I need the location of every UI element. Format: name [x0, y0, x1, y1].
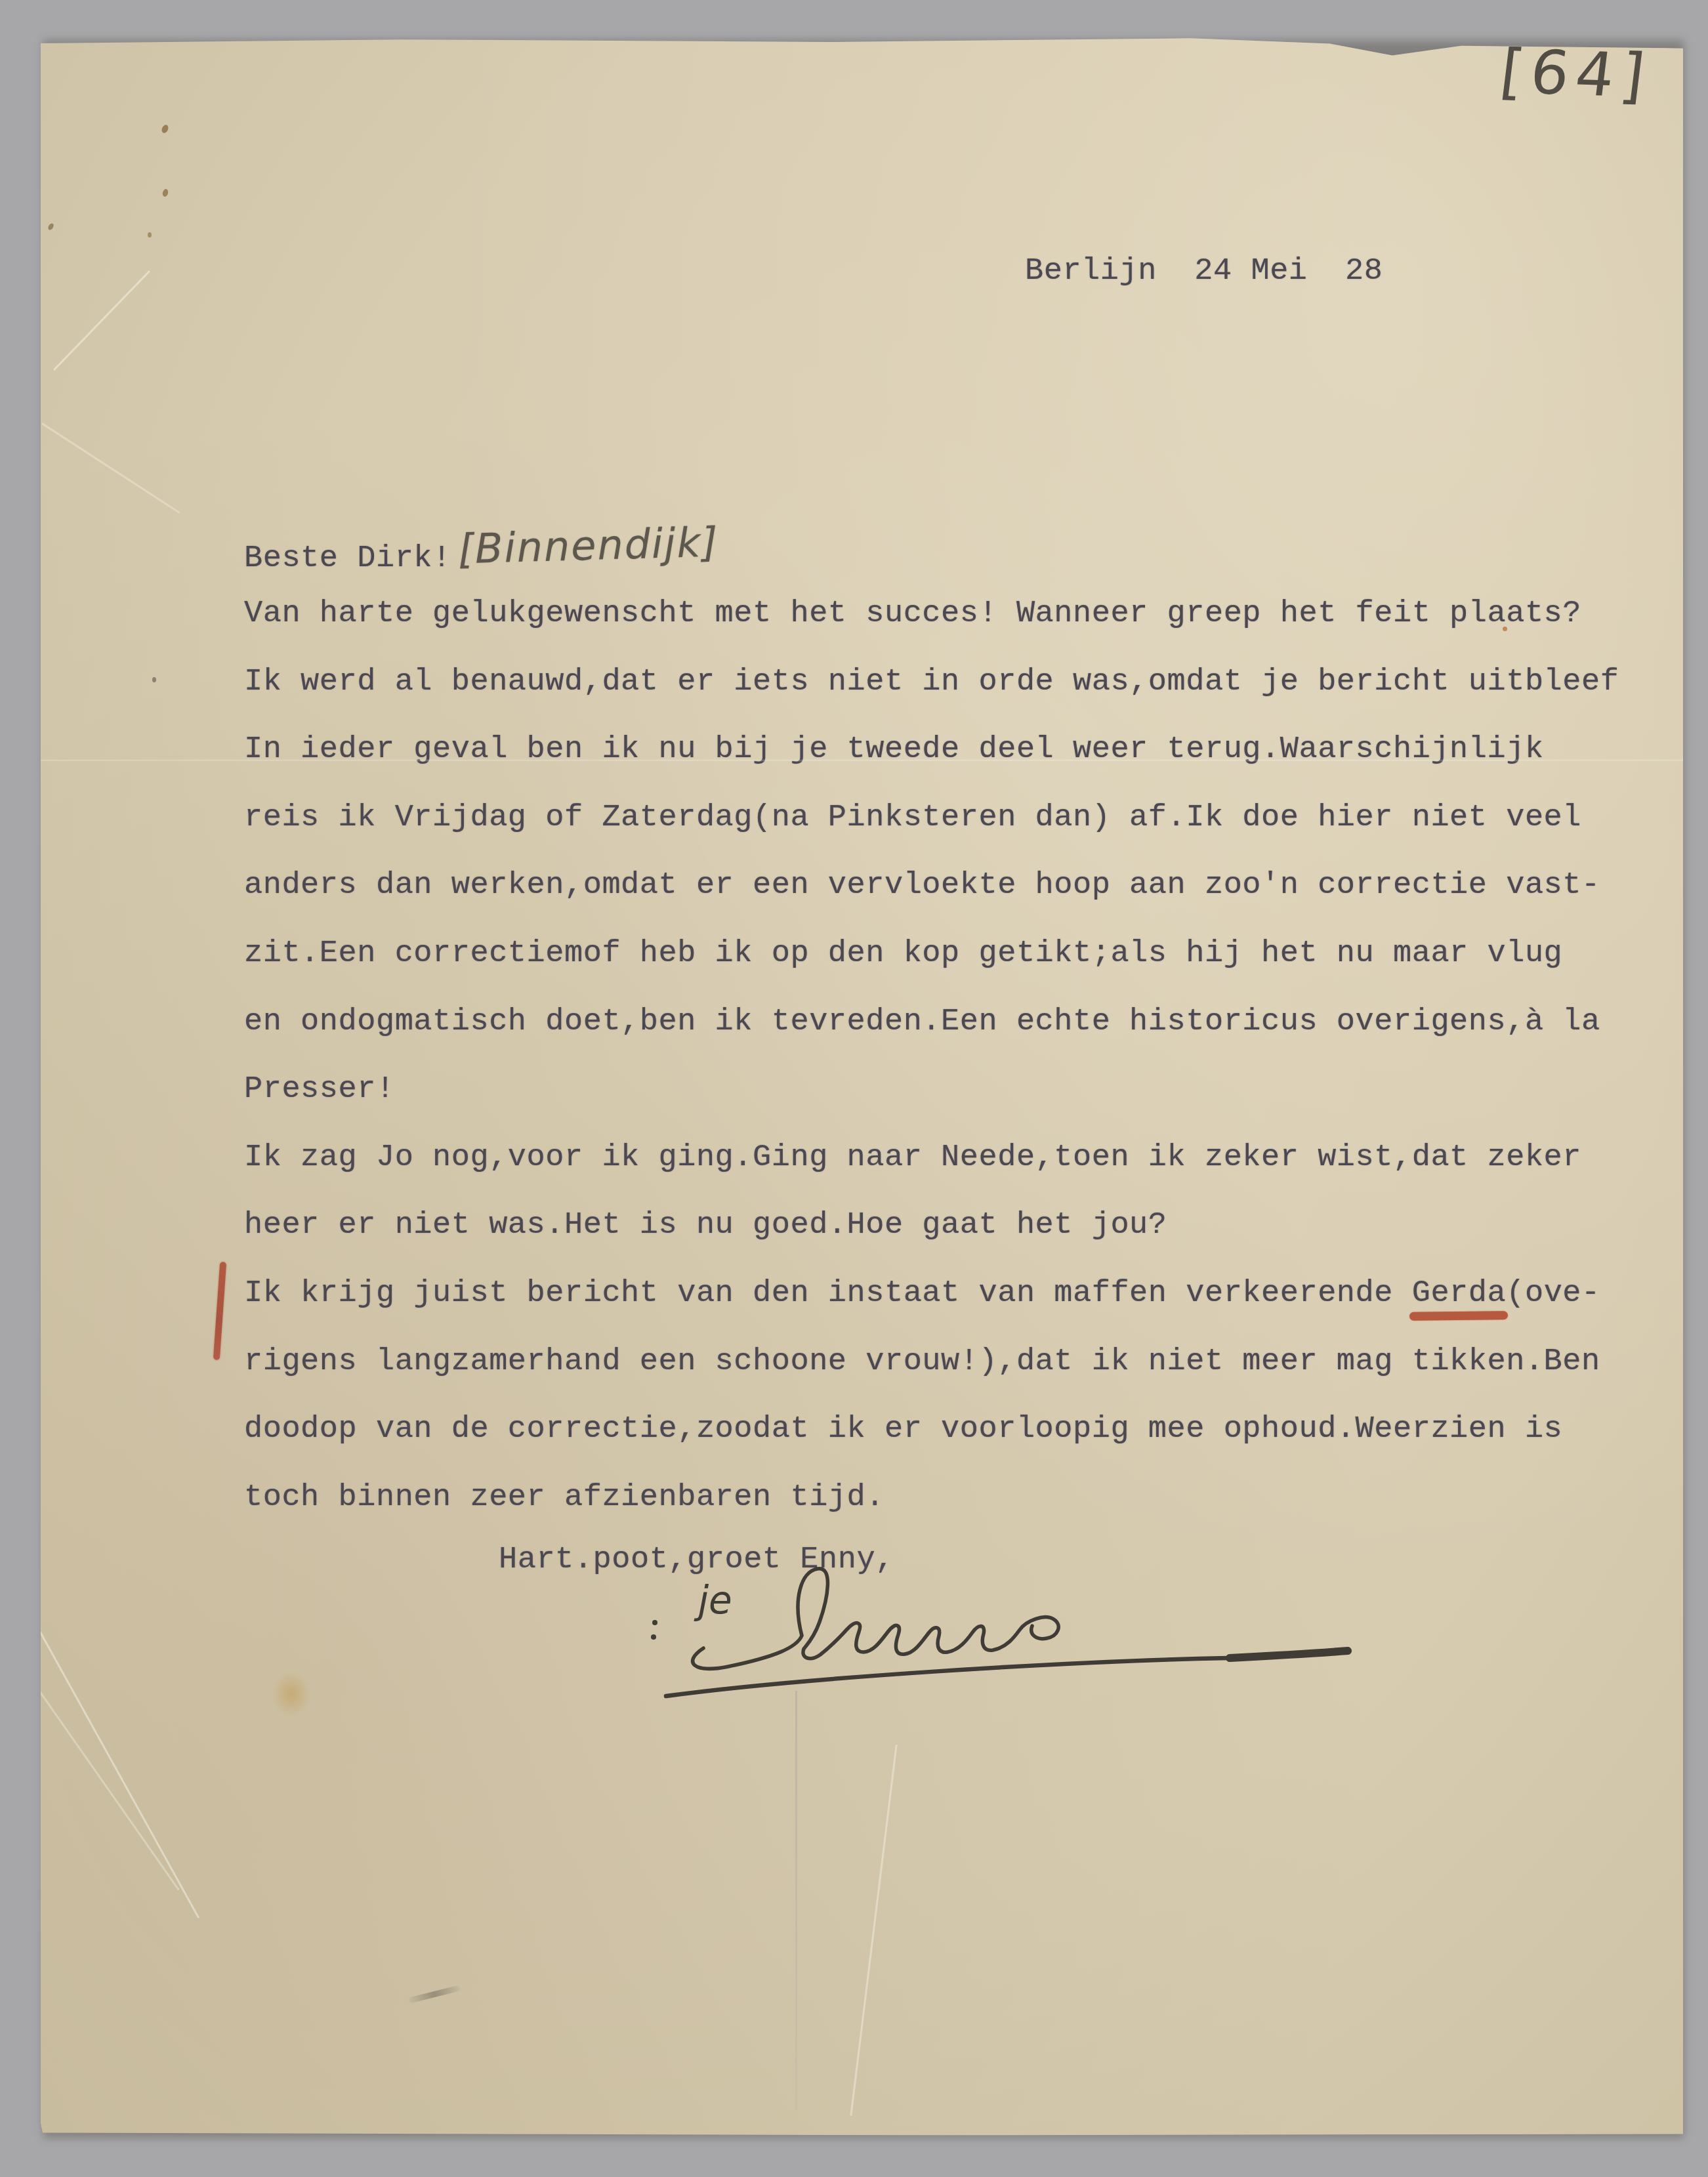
foxing-speck [148, 232, 152, 238]
salutation-row: Beste Dirk! [Binnendijk] [244, 528, 719, 576]
scan-background: [64] Berlijn 24 Mei 28 Beste Dirk! [Binn… [0, 0, 1708, 2177]
salutation-annotation-pencil: [Binnendijk] [457, 518, 720, 573]
body-line: zit.Een correctiemof heb ik op den kop g… [244, 936, 1675, 1005]
crease-line [53, 270, 150, 371]
letter-page: [64] Berlijn 24 Mei 28 Beste Dirk! [Binn… [41, 37, 1683, 2136]
salutation: Beste Dirk! [244, 541, 451, 576]
body-line: Presser! [244, 1072, 1675, 1140]
signature-je: je [694, 1578, 732, 1623]
red-margin-mark [213, 1262, 226, 1360]
body-line: en ondogmatisch doet,ben ik tevreden.Een… [244, 1005, 1675, 1073]
body-line: anders dan werken,omdat er een vervloekt… [244, 868, 1675, 936]
signature-ink: je [605, 1560, 1419, 1756]
foxing-speck [162, 188, 169, 197]
crease-line [7, 1573, 200, 1918]
stain [272, 1671, 311, 1717]
body-line: reis ik Vrijdag of Zaterdag(na Pinkstere… [244, 800, 1675, 869]
body-line: Ik zag Jo nog,voor ik ging.Ging naar Nee… [244, 1140, 1675, 1209]
signature-underline-heavy [1230, 1651, 1348, 1658]
body-line: doodop van de correctie,zoodat ik er voo… [244, 1412, 1675, 1480]
body-line: In ieder geval ben ik nu bij je tweede d… [244, 732, 1675, 800]
body-line: rigens langzamerhand een schoone vrouw!)… [244, 1344, 1675, 1413]
crease-line [41, 423, 180, 513]
body-line: Ik krijg juist bericht van den instaat v… [244, 1276, 1675, 1344]
red-underlined-word: Gerda [1412, 1276, 1507, 1311]
body-line: Ik werd al benauwd,dat er iets niet in o… [244, 665, 1675, 733]
ink-colon-dot [651, 1634, 656, 1640]
crease-line [16, 1659, 180, 1891]
pencil-smudge [408, 1985, 461, 2003]
body-line: heer er niet was.Het is nu goed.Hoe gaat… [244, 1208, 1675, 1276]
dateline: Berlijn 24 Mei 28 [1025, 254, 1383, 289]
body-line: Van harte gelukgewenscht met het succes!… [244, 596, 1675, 665]
foxing-speck [161, 124, 170, 135]
foxing-speck [47, 222, 55, 231]
foxing-speck [152, 677, 156, 682]
signature-flourish [693, 1569, 1059, 1669]
body-line: toch binnen zeer afzienbaren tijd. [244, 1480, 1675, 1548]
body-lines: Van harte gelukgewenscht met het succes!… [244, 596, 1675, 1548]
ink-colon-dot [652, 1620, 657, 1625]
crease-line [850, 1745, 897, 2116]
